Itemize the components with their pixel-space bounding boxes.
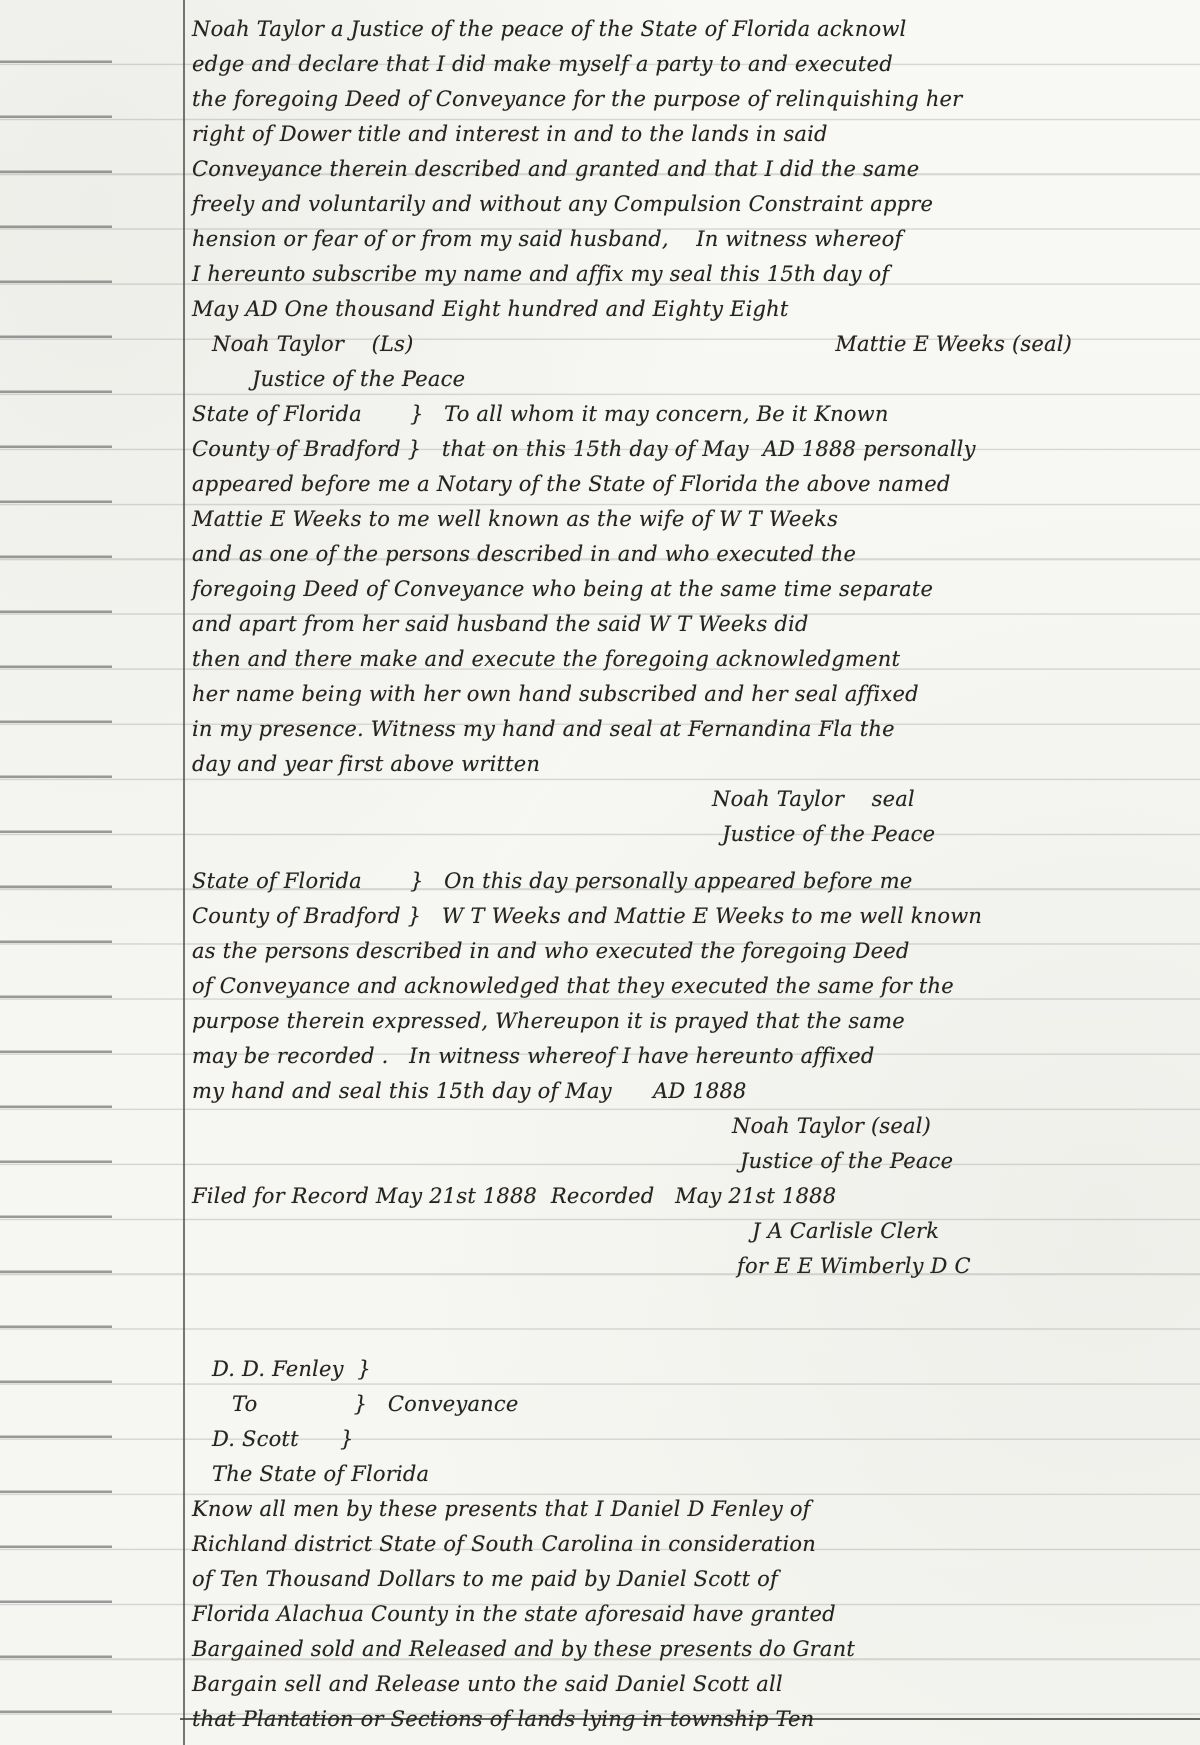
manuscript-line-text: that Plantation or Sections of lands lyi… — [192, 1702, 814, 1737]
manuscript-line-right-text: Mattie E Weeks (seal) — [835, 327, 1072, 362]
manuscript-line-text: County of Bradford } W T Weeks and Matti… — [192, 899, 982, 934]
manuscript-line: foregoing Deed of Conveyance who being a… — [192, 572, 1072, 607]
manuscript-line: that Plantation or Sections of lands lyi… — [192, 1702, 1072, 1737]
manuscript-line: day and year first above written — [192, 747, 1072, 782]
manuscript-line-text: day and year first above written — [192, 747, 540, 782]
manuscript-line-text: in my presence. Witness my hand and seal… — [192, 712, 895, 747]
manuscript-line-text: Conveyance therein described and granted… — [192, 152, 919, 187]
margin-rule-line — [183, 0, 185, 1745]
manuscript-line: the foregoing Deed of Conveyance for the… — [192, 82, 1072, 117]
manuscript-line: Bargained sold and Released and by these… — [192, 1632, 1072, 1667]
manuscript-page: Noah Taylor a Justice of the peace of th… — [0, 0, 1200, 1745]
manuscript-line: hension or fear of or from my said husba… — [192, 222, 1072, 257]
manuscript-line: edge and declare that I did make myself … — [192, 47, 1072, 82]
manuscript-line-text: Bargain sell and Release unto the said D… — [192, 1667, 783, 1702]
manuscript-line: Noah Taylor (Ls)Mattie E Weeks (seal) — [192, 327, 1072, 362]
manuscript-line: Justice of the Peace — [192, 1144, 1072, 1179]
manuscript-line: Justice of the Peace — [192, 817, 1072, 852]
manuscript-line-text: Know all men by these presents that I Da… — [192, 1492, 811, 1527]
manuscript-line: then and there make and execute the fore… — [192, 642, 1072, 677]
manuscript-line: County of Bradford } that on this 15th d… — [192, 432, 1072, 467]
manuscript-line-text: Mattie E Weeks to me well known as the w… — [192, 502, 838, 537]
manuscript-line-text: her name being with her own hand subscri… — [192, 677, 919, 712]
manuscript-line: Conveyance therein described and granted… — [192, 152, 1072, 187]
manuscript-line: in my presence. Witness my hand and seal… — [192, 712, 1072, 747]
manuscript-line: of Ten Thousand Dollars to me paid by Da… — [192, 1562, 1072, 1597]
manuscript-line: Noah Taylor seal — [192, 782, 1072, 817]
manuscript-line-text: D. Scott } — [212, 1422, 354, 1457]
manuscript-line: her name being with her own hand subscri… — [192, 677, 1072, 712]
manuscript-line-text: The State of Florida — [212, 1457, 429, 1492]
manuscript-line-text: for E E Wimberly D C — [737, 1249, 971, 1284]
manuscript-line-text: freely and voluntarily and without any C… — [192, 187, 933, 222]
manuscript-line-text: Noah Taylor (seal) — [732, 1109, 931, 1144]
manuscript-line-text: State of Florida } On this day personall… — [192, 864, 912, 899]
manuscript-line: freely and voluntarily and without any C… — [192, 187, 1072, 222]
manuscript-line-text: Justice of the Peace — [740, 1144, 953, 1179]
manuscript-line: of Conveyance and acknowledged that they… — [192, 969, 1072, 1004]
manuscript-line-text: J A Carlisle Clerk — [752, 1214, 939, 1249]
manuscript-line: State of Florida } On this day personall… — [192, 864, 1072, 899]
manuscript-line-text: as the persons described in and who exec… — [192, 934, 910, 969]
manuscript-line-text: County of Bradford } that on this 15th d… — [192, 432, 976, 467]
manuscript-line: as the persons described in and who exec… — [192, 934, 1072, 969]
ledger-binding-edge — [0, 0, 112, 1745]
manuscript-line-text: Filed for Record May 21st 1888 Recorded … — [192, 1179, 836, 1214]
manuscript-line-text: my hand and seal this 15th day of May AD… — [192, 1074, 747, 1109]
manuscript-line-text: To } Conveyance — [232, 1387, 519, 1422]
manuscript-line-text: hension or fear of or from my said husba… — [192, 222, 902, 257]
manuscript-line-text: Florida Alachua County in the state afor… — [192, 1597, 836, 1632]
manuscript-line: To } Conveyance — [192, 1387, 1072, 1422]
manuscript-line-text: I hereunto subscribe my name and affix m… — [192, 257, 889, 292]
manuscript-line: J A Carlisle Clerk — [192, 1214, 1072, 1249]
manuscript-line: Filed for Record May 21st 1888 Recorded … — [192, 1179, 1072, 1214]
manuscript-line-text: purpose therein expressed, Whereupon it … — [192, 1004, 905, 1039]
manuscript-line: and as one of the persons described in a… — [192, 537, 1072, 572]
manuscript-line-text: appeared before me a Notary of the State… — [192, 467, 950, 502]
manuscript-line: purpose therein expressed, Whereupon it … — [192, 1004, 1072, 1039]
manuscript-line: Know all men by these presents that I Da… — [192, 1492, 1072, 1527]
manuscript-line-text: edge and declare that I did make myself … — [192, 47, 893, 82]
manuscript-line: Noah Taylor (seal) — [192, 1109, 1072, 1144]
manuscript-line-text: of Conveyance and acknowledged that they… — [192, 969, 954, 1004]
manuscript-line-text: Noah Taylor a Justice of the peace of th… — [192, 12, 906, 47]
manuscript-line-text: D. D. Fenley } — [212, 1352, 371, 1387]
manuscript-text: Noah Taylor a Justice of the peace of th… — [192, 12, 1072, 1737]
manuscript-line-text: and as one of the persons described in a… — [192, 537, 856, 572]
manuscript-line: and apart from her said husband the said… — [192, 607, 1072, 642]
manuscript-line-text: foregoing Deed of Conveyance who being a… — [192, 572, 933, 607]
manuscript-line: Florida Alachua County in the state afor… — [192, 1597, 1072, 1632]
manuscript-line: my hand and seal this 15th day of May AD… — [192, 1074, 1072, 1109]
manuscript-line-text: the foregoing Deed of Conveyance for the… — [192, 82, 962, 117]
manuscript-line: The State of Florida — [192, 1457, 1072, 1492]
manuscript-line-text: then and there make and execute the fore… — [192, 642, 900, 677]
manuscript-line: appeared before me a Notary of the State… — [192, 467, 1072, 502]
manuscript-line-text: Noah Taylor seal — [712, 782, 915, 817]
manuscript-line: Bargain sell and Release unto the said D… — [192, 1667, 1072, 1702]
manuscript-line: D. D. Fenley } — [192, 1352, 1072, 1387]
manuscript-line-text: may be recorded . In witness whereof I h… — [192, 1039, 875, 1074]
manuscript-line: State of Florida } To all whom it may co… — [192, 397, 1072, 432]
manuscript-line: right of Dower title and interest in and… — [192, 117, 1072, 152]
manuscript-line: May AD One thousand Eight hundred and Ei… — [192, 292, 1072, 327]
manuscript-line-text: right of Dower title and interest in and… — [192, 117, 828, 152]
manuscript-line-text: Justice of the Peace — [252, 362, 465, 397]
manuscript-line-text: Justice of the Peace — [722, 817, 935, 852]
manuscript-line: Justice of the Peace — [192, 362, 1072, 397]
manuscript-line-text: Richland district State of South Carolin… — [192, 1527, 816, 1562]
manuscript-line: may be recorded . In witness whereof I h… — [192, 1039, 1072, 1074]
manuscript-line-text: of Ten Thousand Dollars to me paid by Da… — [192, 1562, 778, 1597]
manuscript-line: County of Bradford } W T Weeks and Matti… — [192, 899, 1072, 934]
manuscript-line: I hereunto subscribe my name and affix m… — [192, 257, 1072, 292]
manuscript-line: D. Scott } — [192, 1422, 1072, 1457]
manuscript-line-text: and apart from her said husband the said… — [192, 607, 809, 642]
manuscript-line-text: Noah Taylor (Ls) — [212, 327, 414, 362]
manuscript-line: Mattie E Weeks to me well known as the w… — [192, 502, 1072, 537]
manuscript-line-text: Bargained sold and Released and by these… — [192, 1632, 855, 1667]
manuscript-line: Richland district State of South Carolin… — [192, 1527, 1072, 1562]
manuscript-line-text: State of Florida } To all whom it may co… — [192, 397, 889, 432]
manuscript-line: for E E Wimberly D C — [192, 1249, 1072, 1284]
manuscript-line: Noah Taylor a Justice of the peace of th… — [192, 12, 1072, 47]
manuscript-line-text: May AD One thousand Eight hundred and Ei… — [192, 292, 789, 327]
